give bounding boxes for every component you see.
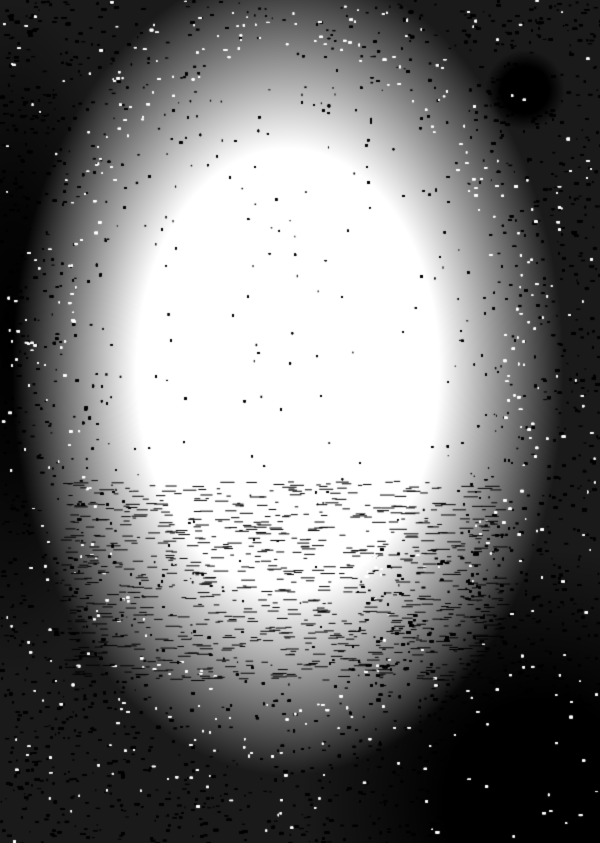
grunge-speckle-layer [0, 0, 600, 843]
